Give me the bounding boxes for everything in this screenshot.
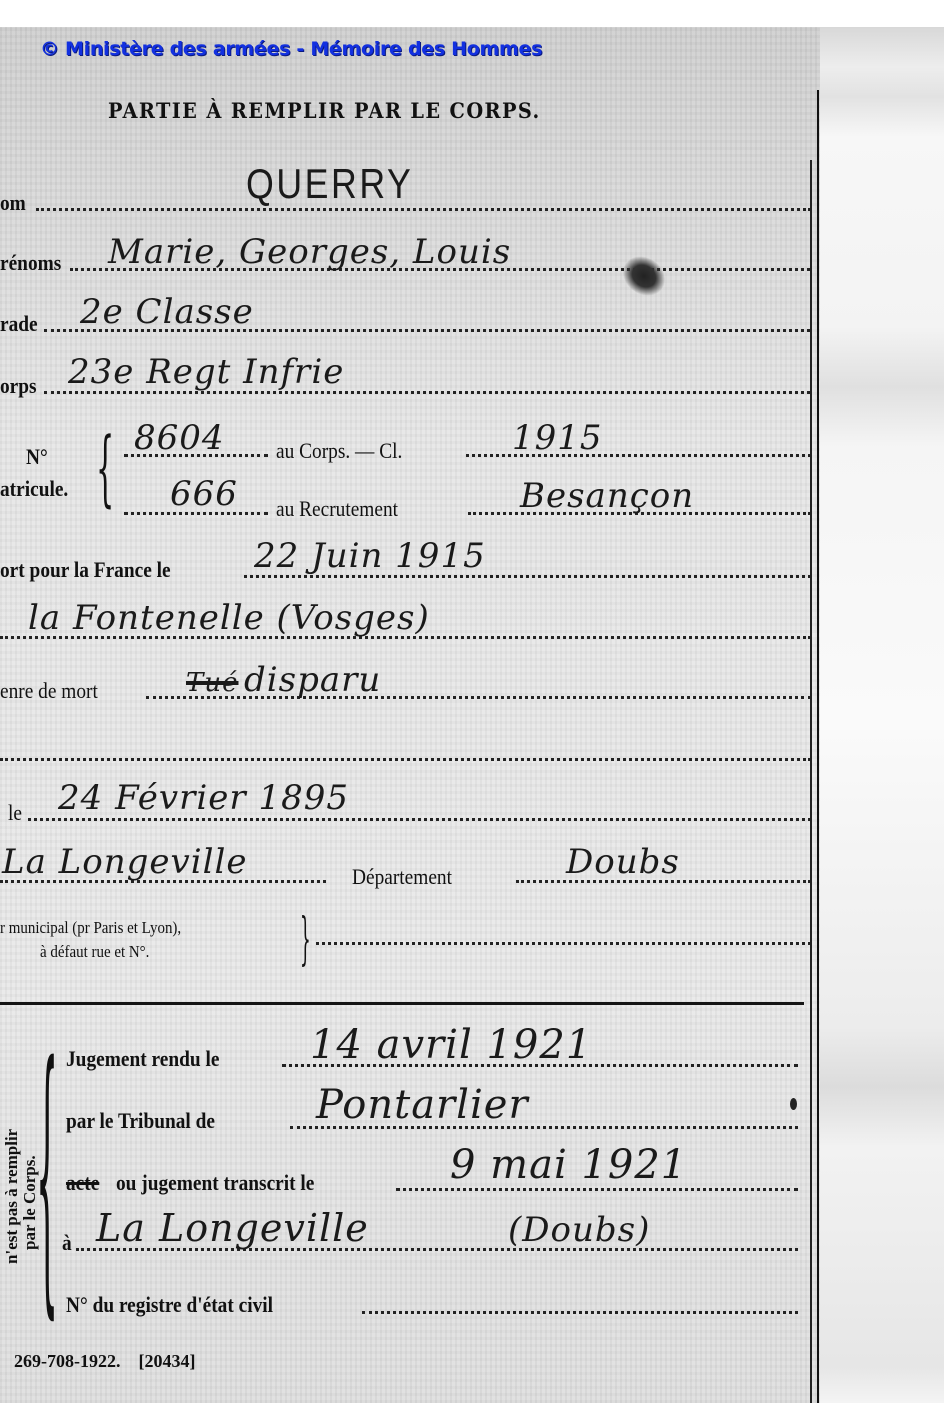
prenoms-value: Marie, Georges, Louis xyxy=(108,232,511,272)
scan-margin xyxy=(820,27,944,1403)
print-reference: 269-708-1922. [20434] xyxy=(14,1351,196,1372)
form-title: PARTIE À REMPLIR PAR LE CORPS. xyxy=(108,98,541,123)
registre-line xyxy=(362,1311,798,1314)
grade-label: rade xyxy=(0,311,38,337)
matricule-label-line2: atricule. xyxy=(0,476,68,502)
tribunal-value: Pontarlier xyxy=(316,1082,529,1128)
naissance-lieu-value: La Longeville xyxy=(2,842,247,882)
nom-line xyxy=(36,208,811,211)
departement-value: Doubs xyxy=(566,842,680,882)
matricule-brace: { xyxy=(96,428,114,510)
grade-value: 2e Classe xyxy=(80,292,254,332)
corps-value: 23e Regt Infrie xyxy=(68,352,344,392)
naissance-date-value: 24 Février 1895 xyxy=(58,778,349,818)
transcrit-line xyxy=(396,1188,798,1191)
adresse-brace: } xyxy=(300,912,311,968)
tribunal-label: par le Tribunal de xyxy=(66,1108,215,1134)
a-label: à xyxy=(62,1230,72,1256)
page-border-rule xyxy=(810,160,812,1403)
mort-lieu-value: la Fontenelle (Vosges) xyxy=(28,598,430,638)
prenoms-label: rénoms xyxy=(0,250,61,276)
blank-line xyxy=(0,758,811,761)
jugement-brace: { xyxy=(36,1030,58,1320)
transcrit-value: 9 mai 1921 xyxy=(450,1142,687,1188)
page-edge-rule xyxy=(817,90,819,1403)
transcrit-label: ou jugement transcrit le xyxy=(116,1170,314,1196)
jugement-rendu-label: Jugement rendu le xyxy=(66,1046,219,1072)
copyright-watermark: © Ministère des armées - Mémoire des Hom… xyxy=(40,38,542,60)
print-ref: 269-708-1922. xyxy=(14,1351,121,1371)
mort-label: ort pour la France le xyxy=(0,557,171,583)
genre-mort-label: enre de mort xyxy=(0,678,98,704)
corps-number-value: 8604 xyxy=(134,418,225,458)
corps-label: orps xyxy=(0,373,37,399)
genre-mort-value: disparu xyxy=(244,660,381,700)
jugement-rendu-value: 14 avril 1921 xyxy=(310,1022,592,1068)
naissance-date-line xyxy=(28,818,811,821)
naissance-label: le xyxy=(8,800,22,826)
transcrit-dept-value: (Doubs) xyxy=(508,1210,650,1250)
adresse-label-line1: r municipal (pr Paris et Lyon), xyxy=(0,918,181,938)
recrutement-number-value: 666 xyxy=(170,474,238,514)
mort-date-value: 22 Juin 1915 xyxy=(254,536,486,576)
section-divider xyxy=(0,1002,804,1005)
registre-label: N° du registre d'état civil xyxy=(66,1292,273,1318)
nom-value: QUERRY xyxy=(246,160,413,208)
matricule-label-line1: N° xyxy=(26,444,48,470)
au-recrutement-label: au Recrutement xyxy=(276,496,398,522)
recrutement-lieu-value: Besançon xyxy=(520,476,694,516)
nom-label: om xyxy=(0,190,26,216)
au-corps-label: au Corps. — Cl. xyxy=(276,438,402,464)
side-note-line1: n'est pas à remplir xyxy=(2,1129,22,1264)
adresse-label-line2: à défaut rue et N°. xyxy=(40,942,149,962)
adresse-line xyxy=(316,942,811,945)
genre-mort-struck-value: Tué xyxy=(186,668,238,698)
transcrit-lieu-value: La Longeville xyxy=(96,1206,369,1250)
departement-label: Département xyxy=(352,864,452,890)
classe-value: 1915 xyxy=(512,418,603,458)
acte-struck-label: acte xyxy=(66,1170,99,1196)
ink-dot xyxy=(790,1098,797,1110)
form-number: [20434] xyxy=(139,1351,196,1371)
